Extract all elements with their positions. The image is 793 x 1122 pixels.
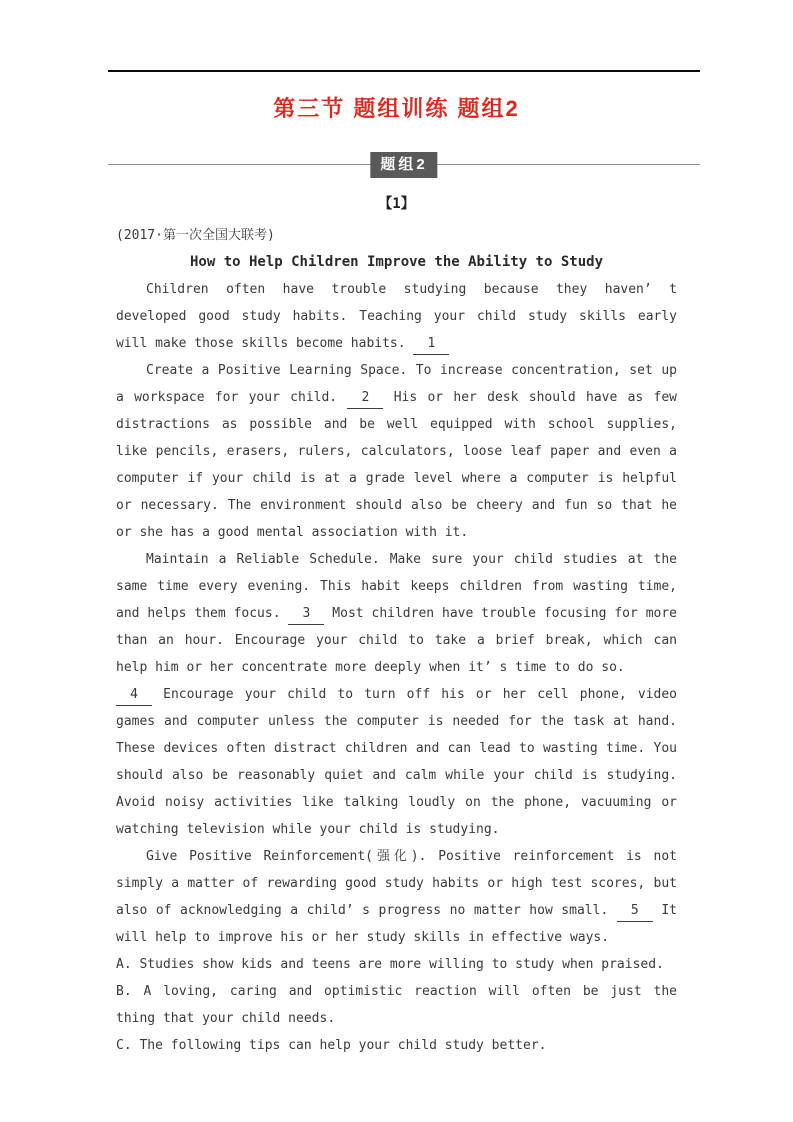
passage-container: (2017·第一次全国大联考) How to Help Children Imp… (116, 222, 677, 1059)
passage-paragraph: Children often have trouble studying bec… (116, 276, 677, 357)
option-text: Studies show kids and teens are more wil… (132, 957, 664, 972)
passage-text: Give Positive Reinforcement(强化). Positiv… (116, 849, 677, 918)
option-label: A. (116, 957, 132, 972)
passage-text: His or her desk should have as few distr… (116, 390, 677, 540)
source-note: (2017·第一次全国大联考) (116, 222, 677, 249)
cloze-blank-2: 2 (347, 387, 383, 409)
document-page: 第三节 题组训练 题组2 题组2 【1】 (2017·第一次全国大联考) How… (0, 0, 793, 1122)
passage-body: Children often have trouble studying bec… (116, 276, 677, 951)
option-a: A. Studies show kids and teens are more … (116, 951, 677, 978)
cloze-blank-3: 3 (288, 603, 324, 625)
option-label: C. (116, 1038, 132, 1053)
option-label: B. (116, 984, 132, 999)
cloze-blank-5: 5 (617, 900, 653, 922)
passage-paragraph: 4 Encourage your child to turn off his o… (116, 681, 677, 843)
section-divider: 题组2 (108, 164, 700, 165)
passage-paragraph: Maintain a Reliable Schedule. Make sure … (116, 546, 677, 681)
option-b: B. A loving, caring and optimistic react… (116, 978, 677, 1032)
cloze-blank-1: 1 (413, 333, 449, 355)
options-list: A. Studies show kids and teens are more … (116, 951, 677, 1059)
passage-text: Encourage your child to turn off his or … (116, 687, 677, 837)
exercise-marker: 【1】 (0, 193, 793, 213)
passage-paragraph: Create a Positive Learning Space. To inc… (116, 357, 677, 546)
option-c: C. The following tips can help your chil… (116, 1032, 677, 1059)
passage-title: How to Help Children Improve the Ability… (116, 249, 677, 276)
cloze-blank-4: 4 (116, 684, 152, 706)
top-divider (108, 70, 700, 72)
passage-text: Children often have trouble studying bec… (116, 282, 677, 351)
option-text: A loving, caring and optimistic reaction… (116, 984, 677, 1026)
question-group-badge: 题组2 (370, 152, 437, 178)
page-title: 第三节 题组训练 题组2 (0, 92, 793, 123)
option-text: The following tips can help your child s… (132, 1038, 547, 1053)
passage-paragraph: Give Positive Reinforcement(强化). Positiv… (116, 843, 677, 951)
